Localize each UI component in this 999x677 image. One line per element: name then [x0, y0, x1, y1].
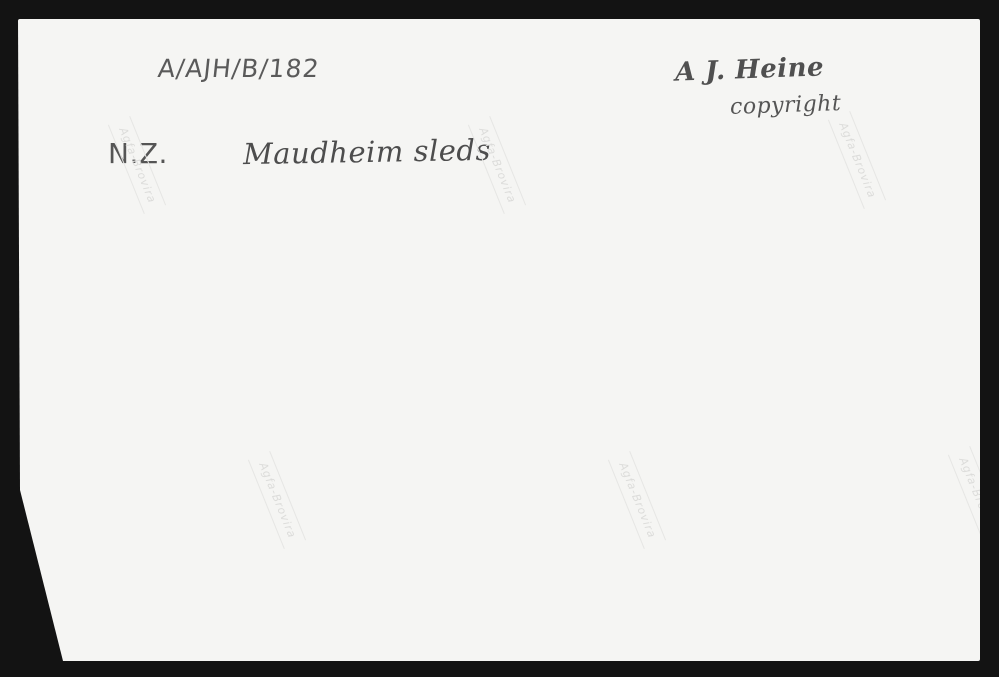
photo-card-back: A/AJH/B/182 A J. Heine copyright N.Z. Ma…: [18, 19, 980, 661]
watermark: Agfa-Brovira: [608, 451, 666, 549]
watermark-text: Agfa-Brovira: [956, 455, 998, 535]
scan-background: A/AJH/B/182 A J. Heine copyright N.Z. Ma…: [0, 0, 999, 677]
copyright-note: copyright: [730, 91, 842, 120]
watermark: Agfa-Brovira: [828, 111, 886, 209]
photographer-signature: A J. Heine: [675, 52, 825, 87]
caption-text: Maudheim sleds: [243, 133, 491, 171]
watermark-text: Agfa-Brovira: [256, 460, 298, 540]
watermark: Agfa-Brovira: [248, 451, 306, 549]
reference-number: A/AJH/B/182: [156, 54, 321, 83]
watermark-text: Agfa-Brovira: [616, 460, 658, 540]
watermark: Agfa-Brovira: [948, 446, 999, 544]
watermark-text: Agfa-Brovira: [836, 120, 878, 200]
